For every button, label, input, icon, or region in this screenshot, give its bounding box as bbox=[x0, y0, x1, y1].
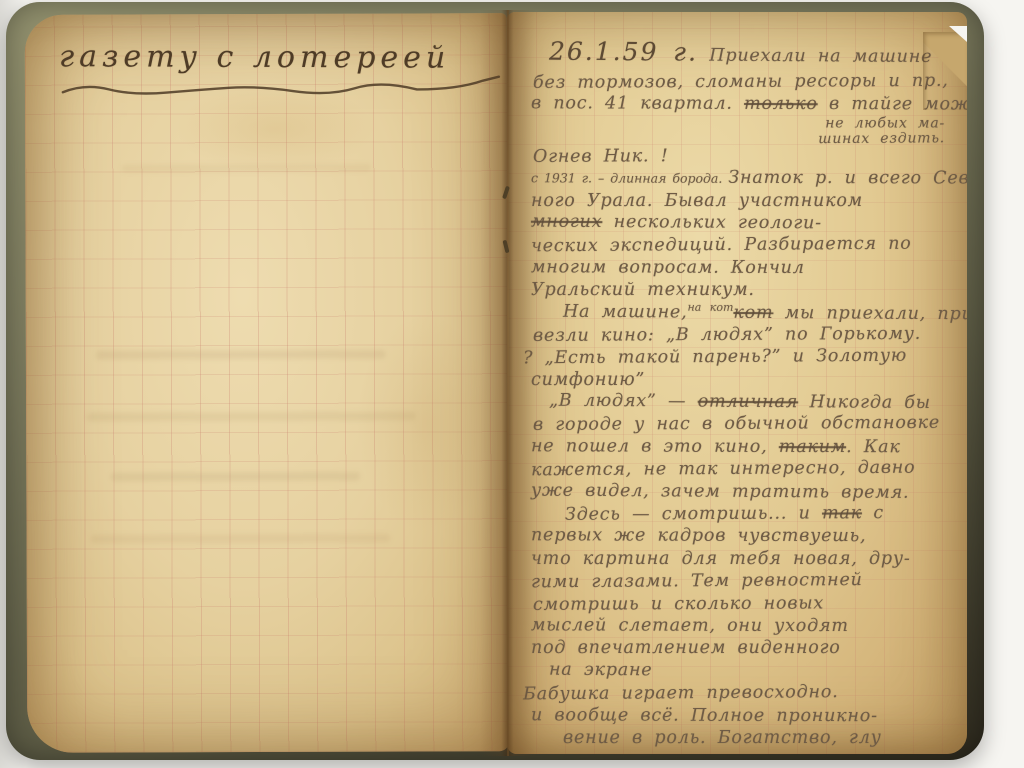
handwritten-line: без тормозов, сломаны рессоры и пр., bbox=[533, 65, 957, 90]
handwritten-line: многих нескольких геологи- bbox=[531, 206, 955, 231]
handwritten-line: везли кино: „В людях” по Горькому. bbox=[533, 318, 957, 343]
handwritten-line: мыслей слетает, они уходят bbox=[531, 609, 955, 633]
wavy-underline bbox=[59, 72, 507, 108]
handwritten-line: На машине,на коткот мы приехали, при- bbox=[531, 295, 955, 320]
left-page: газету с лотереей bbox=[25, 13, 510, 753]
handwritten-line: смотришь и сколько новых bbox=[533, 586, 957, 611]
handwritten-line: ческих экспедиций. Разбирается по bbox=[531, 228, 955, 253]
bleed-through-marks bbox=[91, 534, 391, 544]
left-page-note: газету с лотереей bbox=[59, 39, 499, 108]
handwritten-line: в пос. 41 квартал. только в тайге можно bbox=[531, 88, 955, 112]
right-page: 26.1.59 г. Приехали на машине без тормоз… bbox=[507, 12, 967, 754]
graph-grid-left bbox=[25, 13, 510, 753]
bleed-through-marks bbox=[121, 164, 371, 173]
handwritten-line: „В людях” — отличная Никогда бы bbox=[531, 385, 955, 410]
bleed-through-marks bbox=[96, 350, 386, 360]
notebook-photo: газету с лотереей 26.1.59 г. Приехали на… bbox=[0, 0, 1024, 768]
bleed-through-marks bbox=[110, 472, 360, 482]
handwritten-line: что картина для тебя новая, дру- bbox=[531, 543, 955, 565]
handwritten-line: 26.1.59 г. Приехали на машине bbox=[531, 35, 955, 68]
handwritten-line: Огнев Ник. ! bbox=[533, 139, 957, 164]
handwritten-line: первых же кадров чувствуешь, bbox=[531, 520, 955, 544]
handwritten-line: и вообще всё. Полное проникно- bbox=[531, 699, 955, 723]
bleed-through-marks bbox=[86, 411, 416, 421]
handwritten-line: не пошел в это кино, таким. Как bbox=[531, 430, 955, 454]
paper-stain bbox=[356, 313, 497, 533]
diary-entry: 26.1.59 г. Приехали на машине без тормоз… bbox=[507, 12, 967, 754]
handwritten-line: Бабушка играет превосходно. bbox=[523, 676, 955, 701]
handwritten-line: гими глазами. Тем ревностней bbox=[531, 564, 955, 589]
handwritten-line: многим вопросам. Кончил bbox=[531, 251, 955, 275]
handwritten-line: на экране bbox=[531, 653, 955, 678]
handwritten-line: кажется, не так интересно, давно bbox=[531, 452, 955, 477]
handwritten-line: в городе у нас в обычной обстановке bbox=[533, 407, 957, 432]
page-shading bbox=[25, 13, 510, 753]
handwritten-line: с 1931 г. – длинная борода. Знаток р. и … bbox=[531, 162, 955, 186]
handwritten-line: уже видел, зачем тратить время. bbox=[531, 474, 955, 499]
handwritten-line: ? „Есть такой парень?” и Золотую bbox=[523, 340, 955, 365]
handwritten-line: Здесь — смотришь... и так с bbox=[533, 497, 957, 522]
handwritten-heading: газету с лотереей bbox=[59, 39, 499, 76]
